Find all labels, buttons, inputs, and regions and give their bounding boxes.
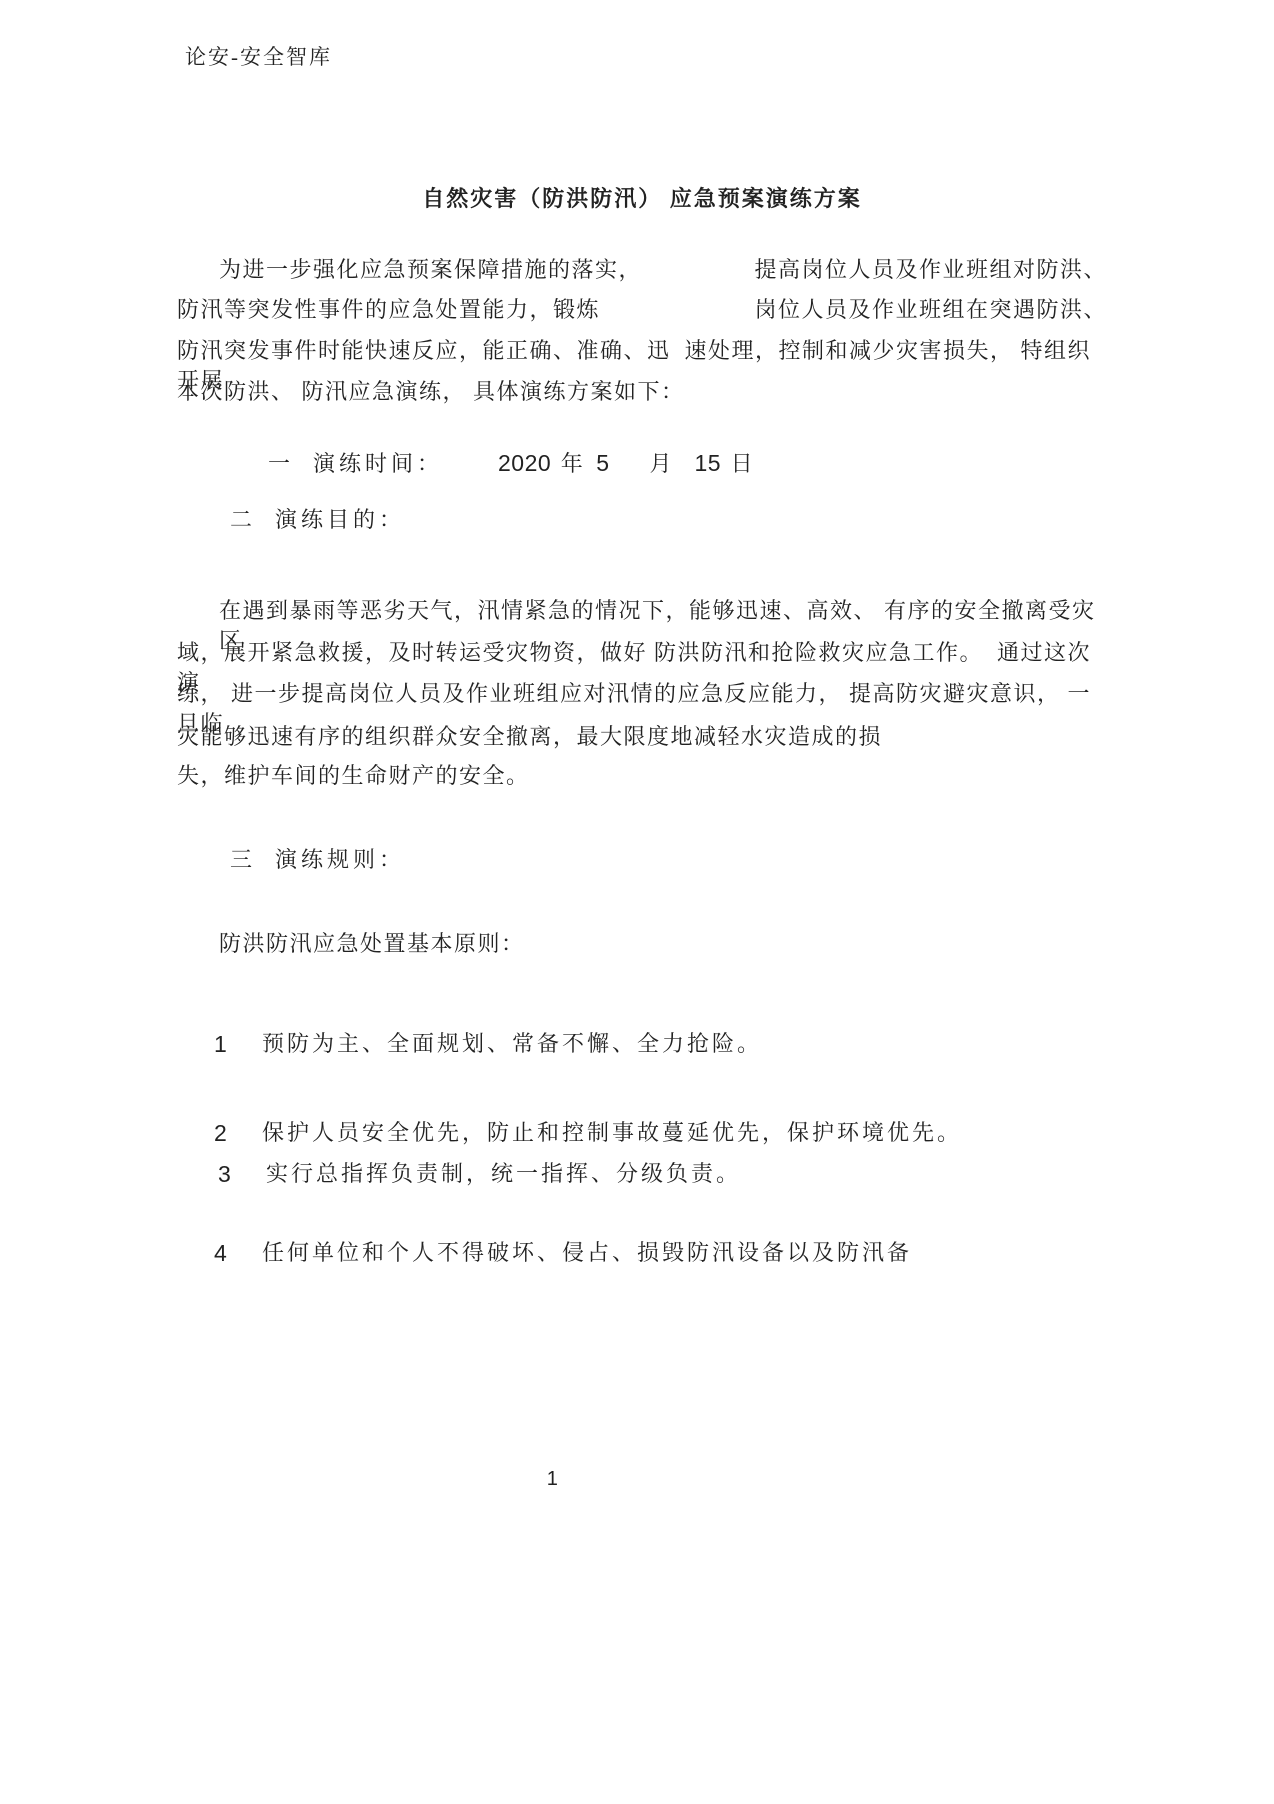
principle-item-4: 4 任何单位和个人不得破坏、侵占、损毁防汛设备以及防汛备 xyxy=(214,1238,1114,1268)
principle-text: 实行总指挥负责制，统一指挥、分级负责。 xyxy=(266,1159,741,1189)
principle-item-2: 2 保护人员安全优先，防止和控制事故蔓延优先，保护环境优先。 xyxy=(214,1118,1114,1148)
page-number: 1 xyxy=(0,1464,1106,1494)
paragraph1-line2-left: 防汛等突发性事件的应急处置能力，锻炼 xyxy=(177,295,600,325)
drill-month-unit: 月 xyxy=(650,451,695,476)
principle-number: 3 xyxy=(218,1159,244,1189)
principle-number: 1 xyxy=(214,1029,240,1059)
drill-time-line: 一 演练时间：2020 年 5月 15 日 xyxy=(230,418,757,509)
document-page: 论安-安全智库 自然灾害（防洪防汛） 应急预案演练方案 为进一步强化应急预案保障… xyxy=(0,0,1274,1804)
paragraph1-line1-left: 为进一步强化应急预案保障措施的落实， xyxy=(219,255,642,285)
paragraph1-line2-right: 岗位人员及作业班组在突遇防洪、 xyxy=(754,295,1107,325)
section3-heading: 三 演练规则： xyxy=(230,845,405,875)
watermark-text: 论安-安全智库 xyxy=(185,42,332,72)
principle-text: 任何单位和个人不得破坏、侵占、损毁防汛设备以及防汛备 xyxy=(262,1238,912,1268)
principle-text: 保护人员安全优先，防止和控制事故蔓延优先，保护环境优先。 xyxy=(262,1118,962,1148)
paragraph1-line1-right: 提高岗位人员及作业班组对防洪、 xyxy=(754,255,1107,285)
paragraph1-line4: 本次防洪、 防汛应急演练， 具体演练方案如下： xyxy=(177,377,1107,407)
paragraph2-line5: 失，维护车间的生命财产的安全。 xyxy=(177,761,1107,791)
paragraph1-line1: 为进一步强化应急预案保障措施的落实， 提高岗位人员及作业班组对防洪、 xyxy=(219,255,1107,285)
drill-year-unit: 年 xyxy=(551,451,596,476)
principle-number: 2 xyxy=(214,1118,240,1148)
drill-time-label: 一 演练时间： xyxy=(268,451,443,476)
principle-item-3: 3 实行总指挥负责制，统一指挥、分级负责。 xyxy=(218,1159,1118,1189)
drill-day-value: 15 xyxy=(695,450,722,476)
document-title: 自然灾害（防洪防汛） 应急预案演练方案 xyxy=(177,184,1107,214)
paragraph2-line4: 灾能够迅速有序的组织群众安全撤离，最大限度地减轻水灾造成的损 xyxy=(177,722,1107,752)
principle-text: 预防为主、全面规划、常备不懈、全力抢险。 xyxy=(262,1029,762,1059)
principle-number: 4 xyxy=(214,1238,240,1268)
section2-heading: 二 演练目的： xyxy=(230,505,405,535)
paragraph1-line2: 防汛等突发性事件的应急处置能力，锻炼 岗位人员及作业班组在突遇防洪、 xyxy=(177,295,1107,325)
drill-year-value: 2020 xyxy=(498,450,551,476)
drill-month-value: 5 xyxy=(596,450,609,476)
drill-day-unit: 日 xyxy=(721,451,757,476)
principle-item-1: 1 预防为主、全面规划、常备不懈、全力抢险。 xyxy=(214,1029,1114,1059)
principles-heading: 防洪防汛应急处置基本原则： xyxy=(219,929,1107,959)
